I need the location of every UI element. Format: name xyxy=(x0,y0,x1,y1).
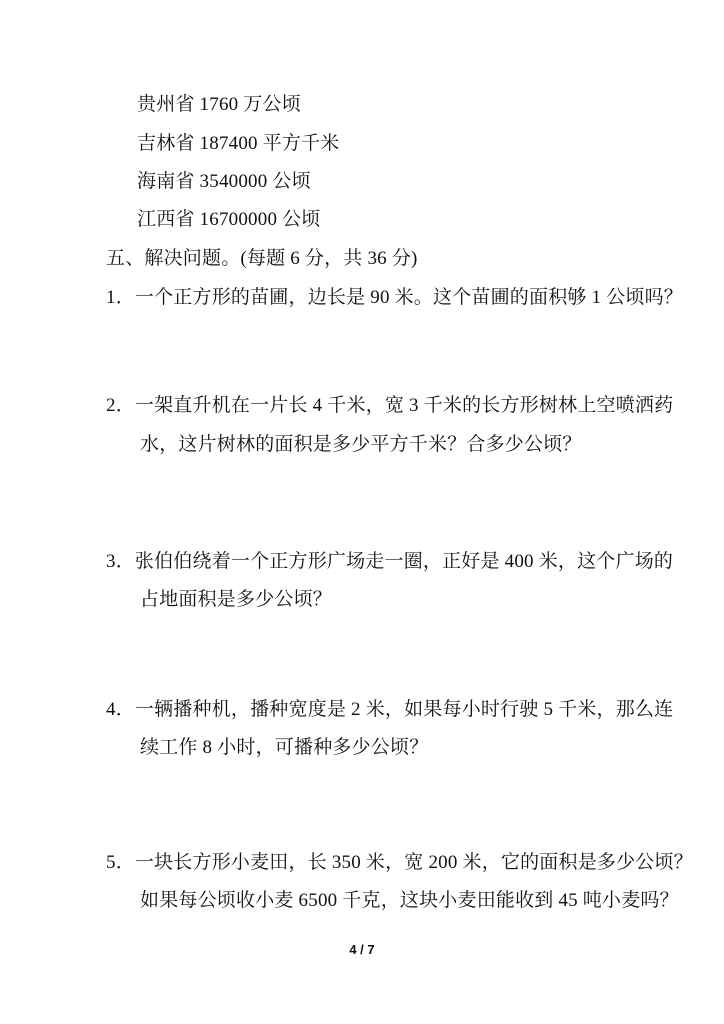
conversion-line-jilin: 吉林省 187400 平方千米 xyxy=(137,133,340,155)
problem-4-line-1: 4．一辆播种机，播种宽度是 2 米，如果每小时行驶 5 千米，那么连 xyxy=(106,699,673,721)
page-number-indicator: 4 / 7 xyxy=(0,942,724,957)
problem-3-line-2: 占地面积是多少公顷？ xyxy=(140,589,332,611)
document-page: 贵州省 1760 万公顷 吉林省 187400 平方千米 海南省 3540000… xyxy=(0,0,724,1024)
problem-3-line-1: 3．张伯伯绕着一个正方形广场走一圈，正好是 400 米，这个广场的 xyxy=(106,551,673,573)
conversion-line-guizhou: 贵州省 1760 万公顷 xyxy=(137,94,301,116)
conversion-line-jiangxi: 江西省 16700000 公顷 xyxy=(137,209,321,231)
problem-2-line-2: 水，这片树林的面积是多少平方千米？合多少公顷？ xyxy=(140,434,582,456)
section-heading: 五、解决问题。(每题 6 分，共 36 分) xyxy=(106,248,418,270)
problem-4-line-2: 续工作 8 小时，可播种多少公顷？ xyxy=(140,737,428,759)
problem-1-line-1: 1．一个正方形的苗圃，边长是 90 米。这个苗圃的面积够 1 公顷吗？ xyxy=(106,287,683,309)
problem-2-line-1: 2．一架直升机在一片长 4 千米，宽 3 千米的长方形树林上空喷洒药 xyxy=(106,395,673,417)
conversion-line-hainan: 海南省 3540000 公顷 xyxy=(137,171,311,193)
problem-5-line-1: 5．一块长方形小麦田，长 350 米，宽 200 米，它的面积是多少公顷？ xyxy=(106,852,693,874)
problem-5-line-2: 如果每公顷收小麦 6500 千克，这块小麦田能收到 45 吨小麦吗？ xyxy=(140,890,679,912)
